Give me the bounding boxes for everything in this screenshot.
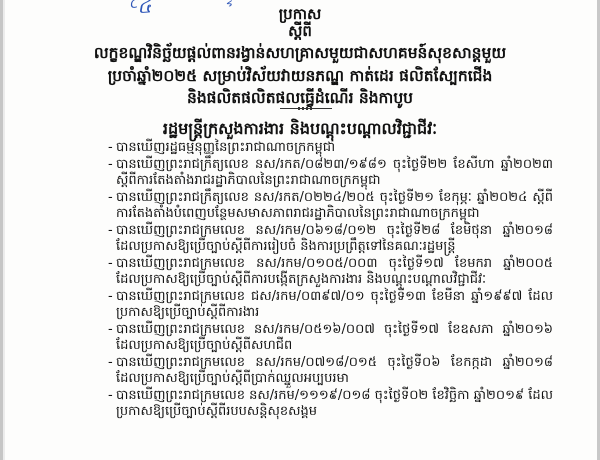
list-item: បានឃើញព្រះរាជក្រមលេខ នស/រកម/០៥១៦/០០៧ ចុះ… bbox=[108, 322, 553, 355]
subject-label: ស្តីពី bbox=[0, 22, 600, 40]
issuing-authority: រដ្ឋមន្ត្រីក្រសួងការងារ និងបណ្តុះបណ្តាលវ… bbox=[0, 118, 600, 140]
list-item: បានឃើញព្រះរាជក្រមលេខ ជស/រកម/០៣៩៧/០១ ចុះថ… bbox=[108, 289, 553, 322]
list-item: បានឃើញរដ្ឋធម្មនុញ្ញនៃព្រះរាជាណាចក្រកម្ពុ… bbox=[108, 140, 553, 157]
list-item: បានឃើញព្រះរាជក្រមលេខ នស/រកម/០៧១៨/០១៥ ចុះ… bbox=[108, 355, 553, 388]
document-type-heading: ប្រកាស bbox=[0, 5, 600, 23]
ornamental-divider bbox=[280, 108, 332, 109]
list-item: បានឃើញព្រះរាជក្រមលេខ នស/រកម/១១១៩/០១៨ ចុះ… bbox=[108, 388, 553, 421]
list-item: បានឃើញព្រះរាជក្រមលេខ នស/រកម/០៦១៨/០១២ ចុះ… bbox=[108, 223, 553, 256]
considerations-list: បានឃើញរដ្ឋធម្មនុញ្ញនៃព្រះរាជាណាចក្រកម្ពុ… bbox=[108, 140, 553, 421]
title-line-3: និងផលិតផលិតផលធ្វើដំណើរ និងកាបូប bbox=[0, 87, 600, 109]
title-line-1: លក្ខខណ្ឌវិនិច្ឆ័យផ្តល់ពានរង្វាន់សហគ្រាសម… bbox=[0, 42, 600, 64]
list-item: បានឃើញព្រះរាជក្រមលេខ នស/រកម/០១០៥/០០៣ ចុះ… bbox=[108, 256, 553, 289]
title-line-2: ប្រចាំឆ្នាំ២០២៥ សម្រាប់វិស័យវាយនភណ្ឌ កាត… bbox=[0, 65, 600, 87]
list-item: បានឃើញព្រះរាជក្រឹត្យលេខ នស/រកត/០៨២៣/១៩៨១… bbox=[108, 157, 553, 190]
list-item: បានឃើញព្រះរាជក្រឹត្យលេខ នស/រកត/០២២៤/២០៥ … bbox=[108, 190, 553, 223]
